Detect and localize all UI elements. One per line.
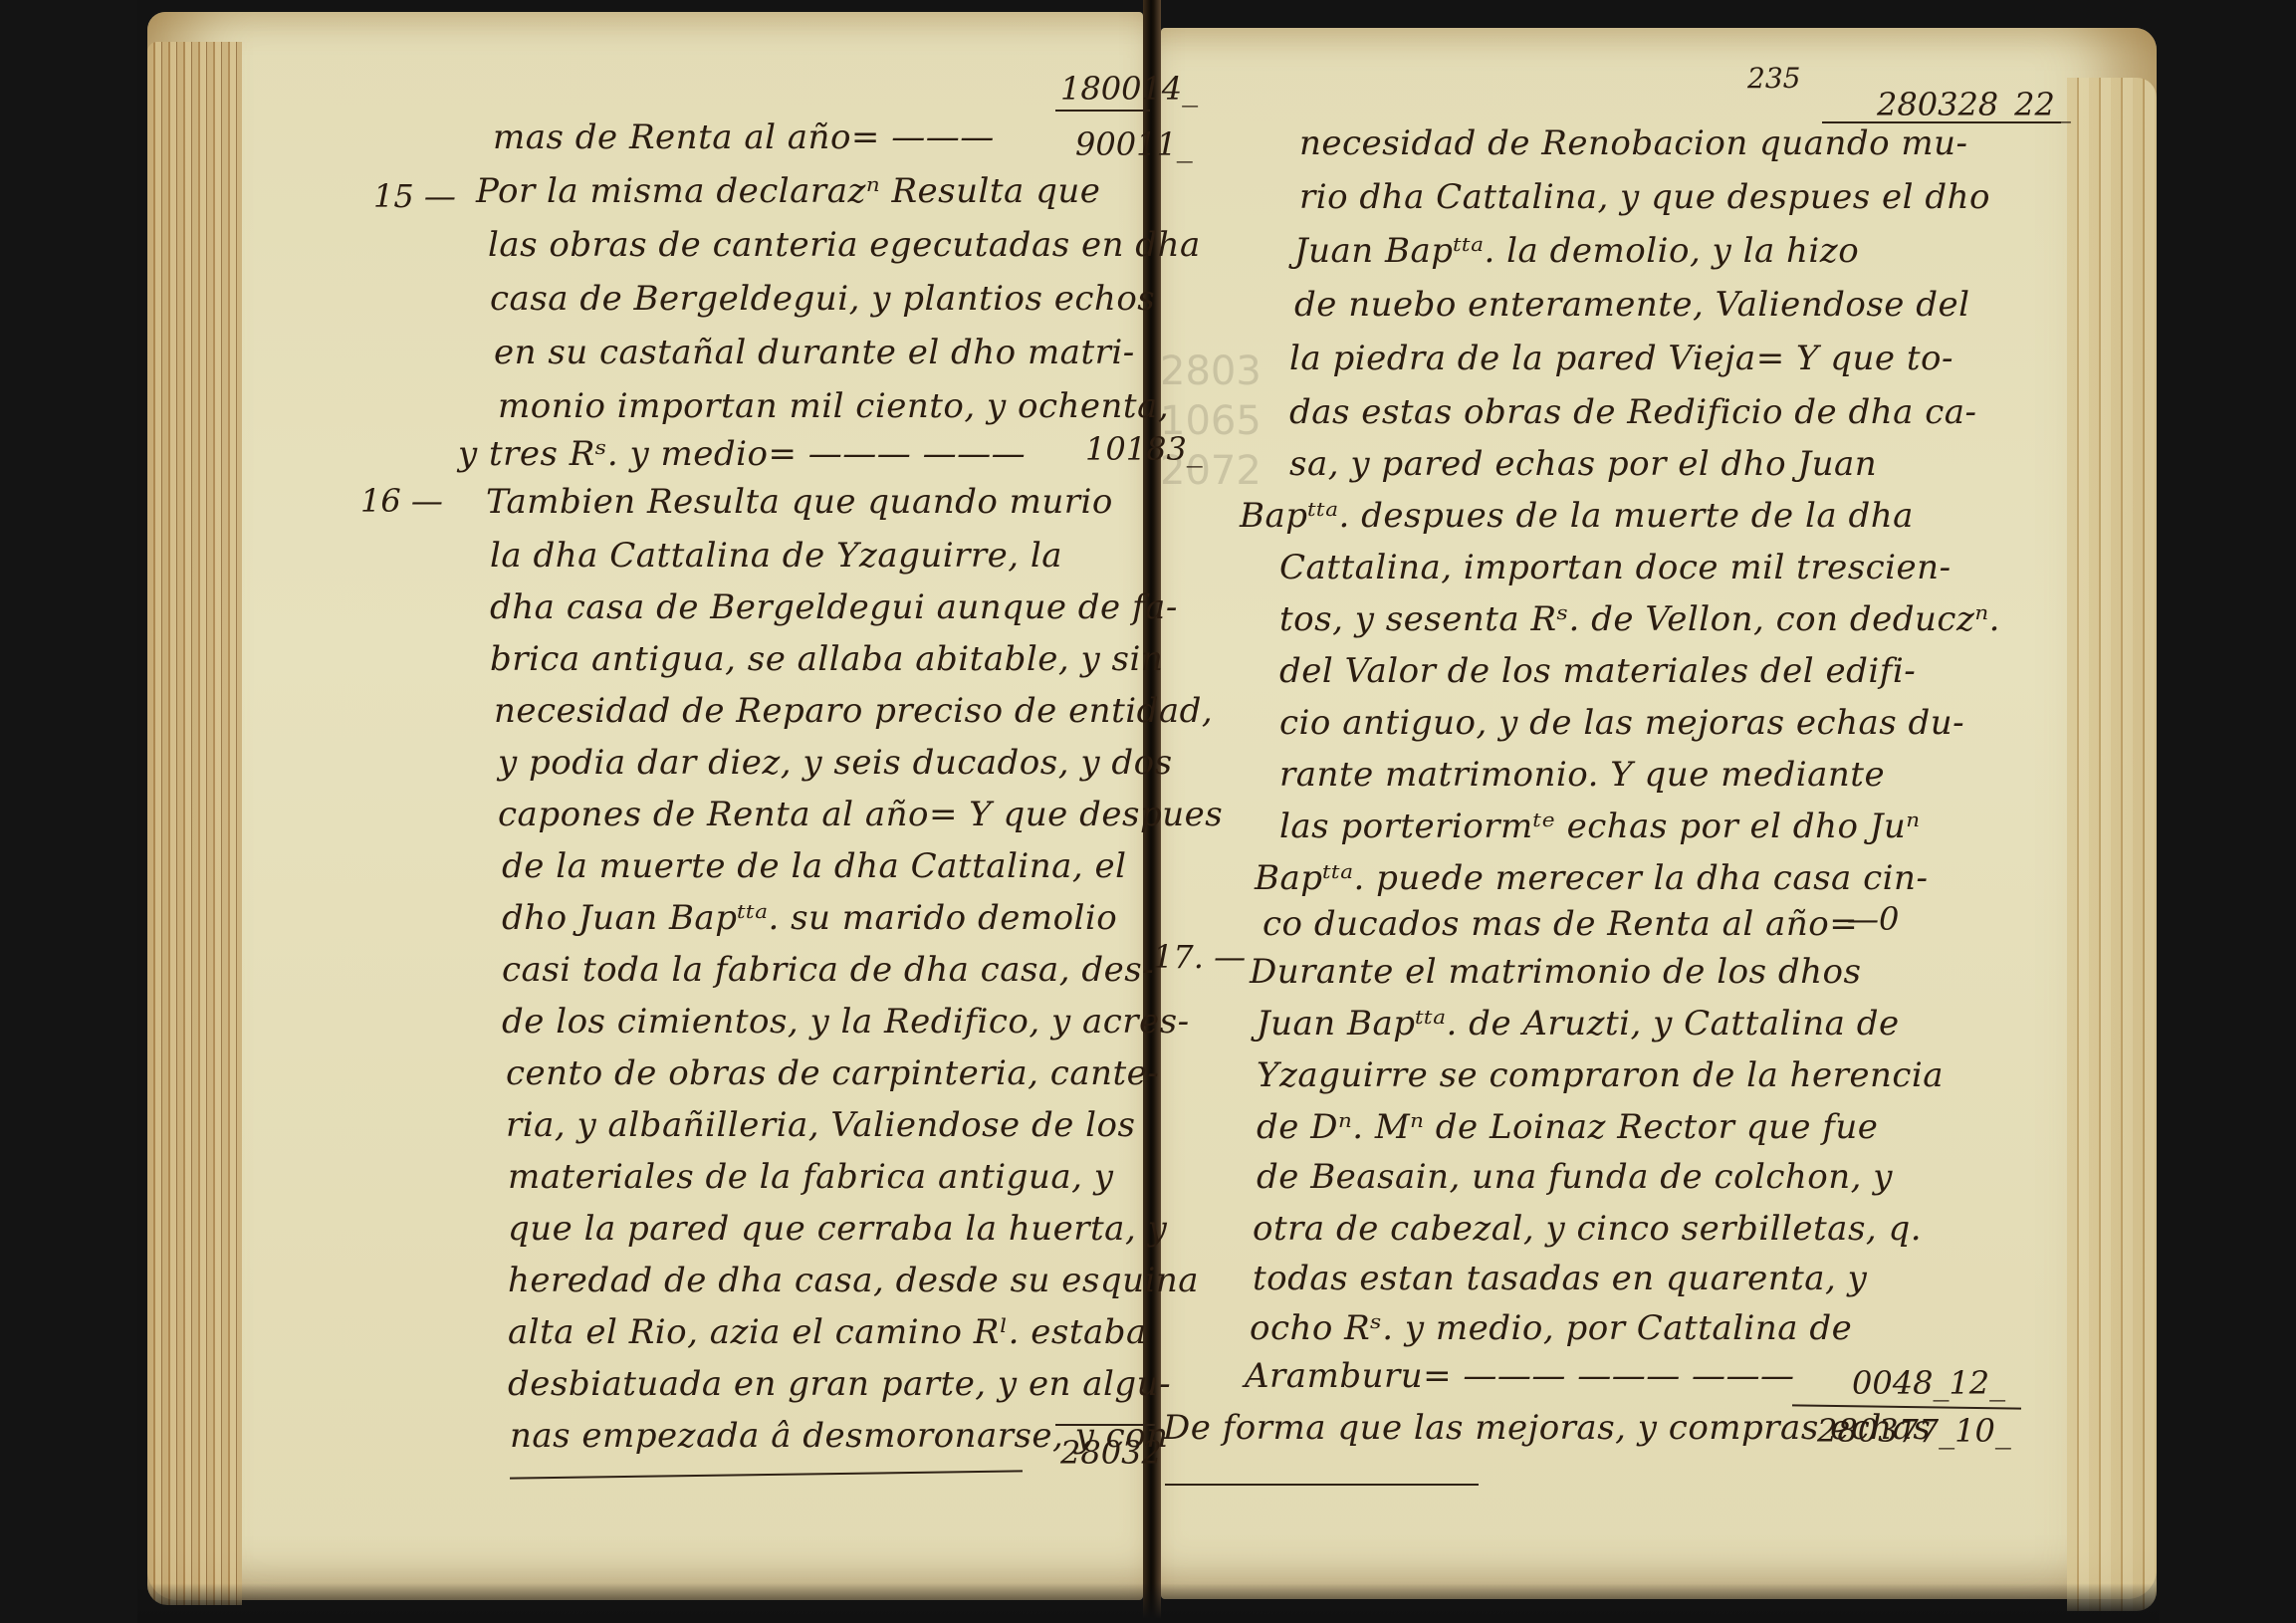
text-line: las obras de canteria egecutadas en dha bbox=[488, 225, 1201, 265]
margin-subtotal: 90011_ bbox=[1075, 125, 1193, 163]
text-line: das estas obras de Redificio de dha ca- bbox=[1289, 392, 1977, 432]
text-line: cento de obras de carpinteria, cante- bbox=[506, 1053, 1159, 1093]
text-line: Yzaguirre se compraron de la herencia bbox=[1257, 1055, 1944, 1095]
scan-background-left bbox=[0, 0, 137, 1623]
text-line: de Beasain, una funda de colchon, y bbox=[1257, 1157, 1893, 1197]
text-line: las porteriormᵗᵉ echas por el dho Juⁿ bbox=[1279, 807, 1921, 846]
text-line: ocho Rˢ. y medio, por Cattalina de bbox=[1250, 1308, 1852, 1348]
text-line: De forma que las mejoras, y compras echa… bbox=[1163, 1408, 1931, 1448]
text-line: sa, y pared echas por el dho Juan bbox=[1289, 444, 1877, 484]
text-line: Juan Bapᵗᵗᵃ. la demolio, y la hizo bbox=[1294, 231, 1859, 271]
text-line: casa de Bergeldegui, y plantios echos bbox=[490, 279, 1155, 319]
text-line: en su castañal durante el dho matri- bbox=[494, 333, 1135, 372]
text-line: y tres Rˢ. y medio= ——— ——— bbox=[458, 434, 1026, 474]
text-line: casi toda la fabrica de dha casa, des- bbox=[502, 950, 1154, 990]
text-line: heredad de dha casa, desde su esquina bbox=[508, 1261, 1199, 1300]
text-line: ria, y albañilleria, Valiendose de los bbox=[506, 1105, 1135, 1145]
margin-total: 280328_22_ bbox=[1877, 86, 2071, 123]
item-number-16: 16 — bbox=[360, 482, 443, 520]
text-line: desbiatuada en gran parte, y en algu- bbox=[508, 1364, 1171, 1404]
text-line: Bapᵗᵗᵃ. despues de la muerte de la dha bbox=[1240, 496, 1914, 536]
text-line: necesidad de Renobacion quando mu- bbox=[1299, 123, 1968, 163]
text-line: Durante el matrimonio de los dhos bbox=[1250, 952, 1861, 992]
folio-number: 235 bbox=[1747, 62, 1800, 95]
text-line: de los cimientos, y la Redifico, y acres… bbox=[502, 1002, 1190, 1042]
text-line: materiales de la fabrica antigua, y bbox=[508, 1157, 1113, 1197]
text-line: dha casa de Bergeldegui aunque de fa- bbox=[490, 587, 1178, 627]
text-line: Tambien Resulta que quando murio bbox=[486, 482, 1113, 522]
margin-subtotal: 0048_12_ bbox=[1852, 1364, 2005, 1402]
closing-rule bbox=[1165, 1484, 1479, 1486]
text-line: la piedra de la pared Vieja= Y que to- bbox=[1289, 339, 1953, 378]
text-line: monio importan mil ciento, y ochenta, bbox=[498, 386, 1169, 426]
text-line: necesidad de Reparo preciso de entidad, bbox=[494, 691, 1213, 731]
text-line: brica antigua, se allaba abitable, y sin bbox=[490, 639, 1163, 679]
text-line: todas estan tasadas en quarenta, y bbox=[1253, 1259, 1867, 1298]
text-line: la dha Cattalina de Yzaguirre, la bbox=[490, 536, 1062, 576]
item-number-15: 15 — bbox=[373, 177, 456, 215]
text-line: mas de Renta al año= ——— bbox=[493, 117, 995, 157]
text-line: Juan Bapᵗᵗᵃ. de Aruzti, y Cattalina de bbox=[1257, 1004, 1900, 1043]
text-line: Aramburu= ——— ——— ——— bbox=[1245, 1356, 1795, 1396]
text-line: co ducados mas de Renta al año= bbox=[1263, 904, 1858, 944]
text-line: de nuebo enteramente, Valiendose del bbox=[1294, 285, 1969, 325]
text-line: alta el Rio, azia el camino Rˡ. estaba bbox=[508, 1312, 1147, 1352]
total-rule bbox=[1055, 110, 1150, 112]
text-line: que la pared que cerraba la huerta, y bbox=[508, 1209, 1167, 1249]
text-line: Por la misma declarazⁿ Resulta que bbox=[476, 171, 1100, 211]
text-line: cio antiguo, y de las mejoras echas du- bbox=[1279, 703, 1964, 743]
text-line: nas empezada â desmoronarse, y con bbox=[510, 1416, 1169, 1456]
right-page-worn-edge bbox=[2067, 78, 2157, 1611]
text-line: del Valor de los materiales del edifi- bbox=[1279, 651, 1916, 691]
text-line: Bapᵗᵗᵃ. puede merecer la dha casa cin- bbox=[1255, 858, 1928, 898]
text-line: tos, y sesenta Rˢ. de Vellon, con deducz… bbox=[1279, 599, 2000, 639]
text-line: rio dha Cattalina, y que despues el dho bbox=[1299, 177, 1990, 217]
text-line: otra de cabezal, y cinco serbilletas, q. bbox=[1253, 1209, 1922, 1249]
bleed-through-mark: 2803 bbox=[1160, 348, 1262, 394]
text-line: de Dⁿ. Mⁿ de Loinaz Rector que fue bbox=[1257, 1107, 1878, 1147]
text-line: rante matrimonio. Y que mediante bbox=[1279, 755, 1885, 795]
text-line: de la muerte de la dha Cattalina, el bbox=[502, 846, 1127, 886]
margin-amount: 10183_ bbox=[1085, 430, 1203, 468]
bottom-shadow bbox=[137, 1583, 2160, 1623]
text-line: dho Juan Bapᵗᵗᵃ. su marido demolio bbox=[502, 898, 1117, 938]
scan-background-right bbox=[2160, 0, 2296, 1623]
item-number-17: 17. — bbox=[1153, 938, 1246, 976]
margin-total: 180014_ bbox=[1060, 70, 1198, 108]
left-page-worn-edge bbox=[147, 42, 242, 1605]
text-line: Cattalina, importan doce mil trescien- bbox=[1279, 548, 1952, 587]
text-line: capones de Renta al año= Y que despues bbox=[498, 795, 1223, 834]
text-line: y podia dar diez, y seis ducados, y dos bbox=[498, 743, 1173, 783]
